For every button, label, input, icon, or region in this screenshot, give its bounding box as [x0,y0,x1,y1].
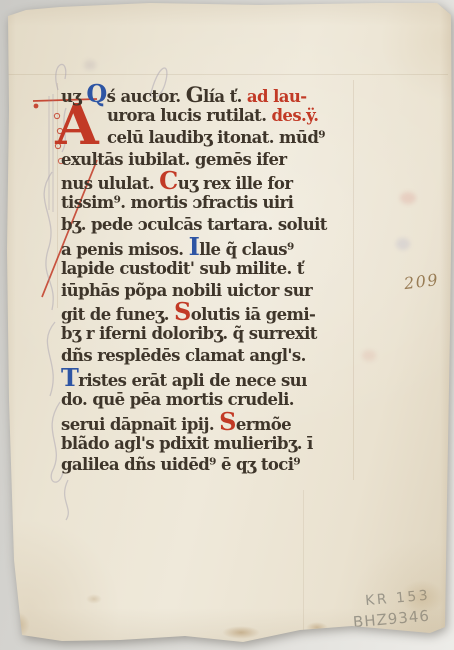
colored-initial: C [159,166,178,195]
manuscript-text-line: nus ululat. Cuʒ rex ille for [61,170,363,192]
colored-initial: I [189,232,200,261]
text-segment: a penis misos. [61,240,189,259]
manuscript-text-line: tissim⁹. mortis ɔfractis uiri [61,192,363,214]
ink-bleedthrough-mark [400,192,416,204]
manuscript-text-line: celū laudibʒ itonat. mūd⁹ [61,127,363,149]
bottom-edge-stain [222,626,260,639]
ink-bleedthrough-mark [84,60,96,70]
text-block: uʒ Qś auctor. Glía ť. ad lau-urora lucis… [61,83,363,476]
manuscript-text-line: Tristes erāt apli de nece suı [61,367,363,389]
text-segment: serui dāpnaīt ipij. [61,415,219,434]
manuscript-text-line: urora lucis rutilat. des.ÿ. [61,105,363,127]
text-segment: lapide custodit' sub milite. ť [61,259,304,278]
photo-background: A uʒ Qś auctor. Glía ť. ad lau-urora luc… [0,0,454,650]
text-segment: celū laudibʒ itonat. mūd⁹ [107,128,325,147]
text-segment: urora lucis rutilat. [107,106,272,125]
text-segment: lle q̃ claus⁹ [199,240,293,259]
manuscript-text-line: galilea dñs uidēd⁹ ē qʒ toci⁹ [61,454,363,476]
text-segment: ermõe [236,415,291,434]
text-segment: uʒ [61,87,86,106]
manuscript-text-line: lapide custodit' sub milite. ť [61,258,363,280]
text-segment: do. quē pēa mortis crudeli. [61,390,294,409]
text-segment: galilea dñs uidēd⁹ ē qʒ toci⁹ [61,455,300,474]
colored-initial: T [61,363,78,392]
shelfmark-pencil-note: KR 153 BHZ9346 [350,584,453,633]
folio-number: 209 [403,270,440,293]
colored-initial: Q [86,79,106,108]
text-segment: G [186,82,203,107]
manuscript-text-line: a penis misos. Ille q̃ claus⁹ [61,236,363,258]
colored-initial: S [174,297,191,326]
text-segment: ś auctor. [107,87,186,106]
manuscript-leaf: A uʒ Qś auctor. Glía ť. ad lau-urora luc… [0,0,454,650]
text-segment: uʒ rex ille for [178,174,293,193]
text-segment: blãdo agl's pdixit mulieribʒ. ī [61,434,313,453]
manuscript-text-line: uʒ Qś auctor. Glía ť. ad lau- [61,83,363,105]
text-segment: ad lau- [247,87,307,106]
manuscript-text-line: serui dāpnaīt ipij. Sermõe [61,411,363,433]
text-segment: nus ululat. [61,174,159,193]
text-segment: ristes erāt apli de nece suı [78,371,306,390]
manuscript-text-line: git de funeʒ. Solutis iā gemi- [61,301,363,323]
manuscript-text-line: do. quē pēa mortis crudeli. [61,389,363,411]
horizontal-crease [8,74,448,75]
text-segment: lía ť. [203,87,247,106]
manuscript-text-line: bʒ. pede ɔculcās tartara. soluit [61,214,363,236]
colored-initial: S [219,407,236,436]
bottom-edge-stain [306,622,328,633]
text-segment: git de funeʒ. [61,305,174,324]
vertical-crease [303,490,304,635]
text-segment: tissim⁹. mortis ɔfractis uiri [61,193,293,212]
leaf-shadow-wrapper: A uʒ Qś auctor. Glía ť. ad lau-urora luc… [0,0,454,650]
manuscript-text-line: bʒ r iferni doloribʒ. q̃ surrexit [61,323,363,345]
small-stain [86,594,102,604]
text-segment: dñs resplēdēs clamat angl's. [61,346,306,365]
manuscript-text-line: blãdo agl's pdixit mulieribʒ. ī [61,433,363,455]
ink-bleedthrough-mark [396,238,410,250]
text-segment: des.ÿ. [272,106,319,125]
manuscript-text-line: iūphās põpa nobili uictor sur [61,280,363,302]
ink-bleedthrough-mark [362,350,376,361]
manuscript-text-line: exultās iubilat. gemēs ifer [61,149,363,171]
text-segment: olutis iā gemi- [191,305,316,324]
corner-stain [4,612,30,638]
manuscript-text-line: dñs resplēdēs clamat angl's. [61,345,363,367]
text-segment: bʒ r iferni doloribʒ. q̃ surrexit [61,324,317,343]
